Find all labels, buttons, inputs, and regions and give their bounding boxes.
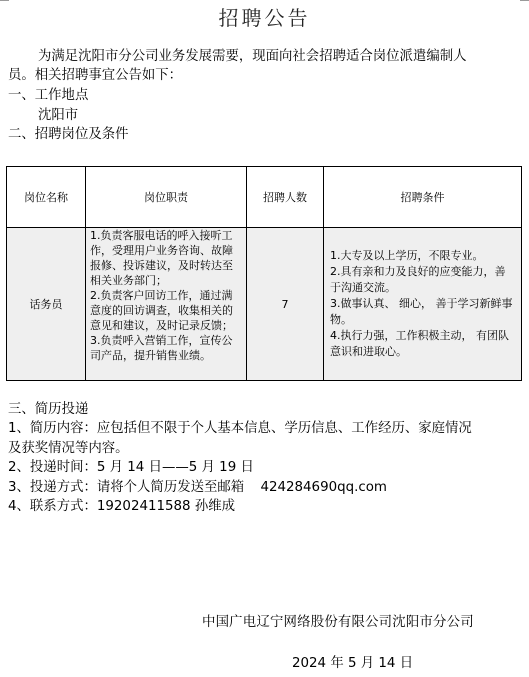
condition-item: 4.执行力强，工作积极主动， 有团队意识和进取心。 bbox=[330, 328, 515, 360]
condition-item: 3.做事认真、 细心， 善于学习新鲜事物。 bbox=[330, 296, 515, 328]
cell-count: 7 bbox=[247, 228, 324, 381]
page-corner-mark-left bbox=[0, 0, 9, 1]
page-title: 招聘公告 bbox=[0, 2, 529, 31]
table-header-row: 岗位名称 岗位职责 招聘人数 招聘条件 bbox=[7, 167, 522, 228]
work-location: 沈阳市 bbox=[38, 107, 78, 125]
condition-item: 1.大专及以上学历，不限专业。 bbox=[330, 248, 515, 264]
page-corner-mark-right bbox=[520, 0, 529, 1]
recruitment-table: 岗位名称 岗位职责 招聘人数 招聘条件 话务员 1.负责客服电话的呼入接听工作，… bbox=[6, 166, 522, 381]
company-signature: 中国广电辽宁网络股份有限公司沈阳市分公司 bbox=[202, 611, 474, 630]
cell-duties: 1.负责客服电话的呼入接听工作，受理用户业务咨询、故障报修、投诉建议，及时转达至… bbox=[86, 228, 247, 381]
duty-item: 3.负责呼入营销工作，宣传公司产品，提升销售业绩。 bbox=[90, 333, 242, 363]
resume-content-line-2: 及获奖情况等内容。 bbox=[8, 440, 129, 458]
header-duties: 岗位职责 bbox=[86, 167, 247, 228]
duty-item: 2.负责客户回访工作，通过满意度的回访调查，收集相关的意见和建议，及时记录反馈； bbox=[90, 288, 242, 333]
announcement-date: 2024 年 5 月 14 日 bbox=[292, 652, 413, 671]
condition-item: 2.具有亲和力及良好的应变能力，善于沟通交流。 bbox=[330, 264, 515, 296]
submission-method: 3、投递方式：请将个人简历发送至邮箱 424284690qq.com bbox=[8, 479, 387, 497]
header-count: 招聘人数 bbox=[247, 167, 324, 228]
header-conditions: 招聘条件 bbox=[324, 167, 522, 228]
duty-item: 1.负责客服电话的呼入接听工作，受理用户业务咨询、故障报修、投诉建议，及时转达至… bbox=[90, 228, 242, 288]
contact-info: 4、联系方式：19202411588 孙维成 bbox=[8, 498, 235, 516]
submission-method-label: 3、投递方式：请将个人简历发送至邮箱 bbox=[8, 480, 244, 495]
section1-heading: 一、工作地点 bbox=[8, 87, 88, 105]
header-position-name: 岗位名称 bbox=[7, 167, 86, 228]
cell-conditions: 1.大专及以上学历，不限专业。 2.具有亲和力及良好的应变能力，善于沟通交流。 … bbox=[324, 228, 522, 381]
section2-heading: 二、招聘岗位及条件 bbox=[8, 126, 129, 144]
resume-content-line-1: 1、简历内容：应包括但不限于个人基本信息、学历信息、工作经历、家庭情况 bbox=[8, 420, 472, 438]
submission-time: 2、投递时间：5 月 14 日——5 月 19 日 bbox=[8, 459, 254, 477]
email-address: 424284690qq.com bbox=[260, 480, 387, 495]
cell-position: 话务员 bbox=[7, 228, 86, 381]
table-row: 话务员 1.负责客服电话的呼入接听工作，受理用户业务咨询、故障报修、投诉建议，及… bbox=[7, 228, 522, 381]
intro-line-1: 为满足沈阳市分公司业务发展需要，现面向社会招聘适合岗位派遣编制人 bbox=[38, 48, 467, 66]
section3-heading: 三、简历投递 bbox=[8, 401, 88, 419]
intro-line-2: 员。相关招聘事宜公告如下： bbox=[8, 67, 182, 85]
